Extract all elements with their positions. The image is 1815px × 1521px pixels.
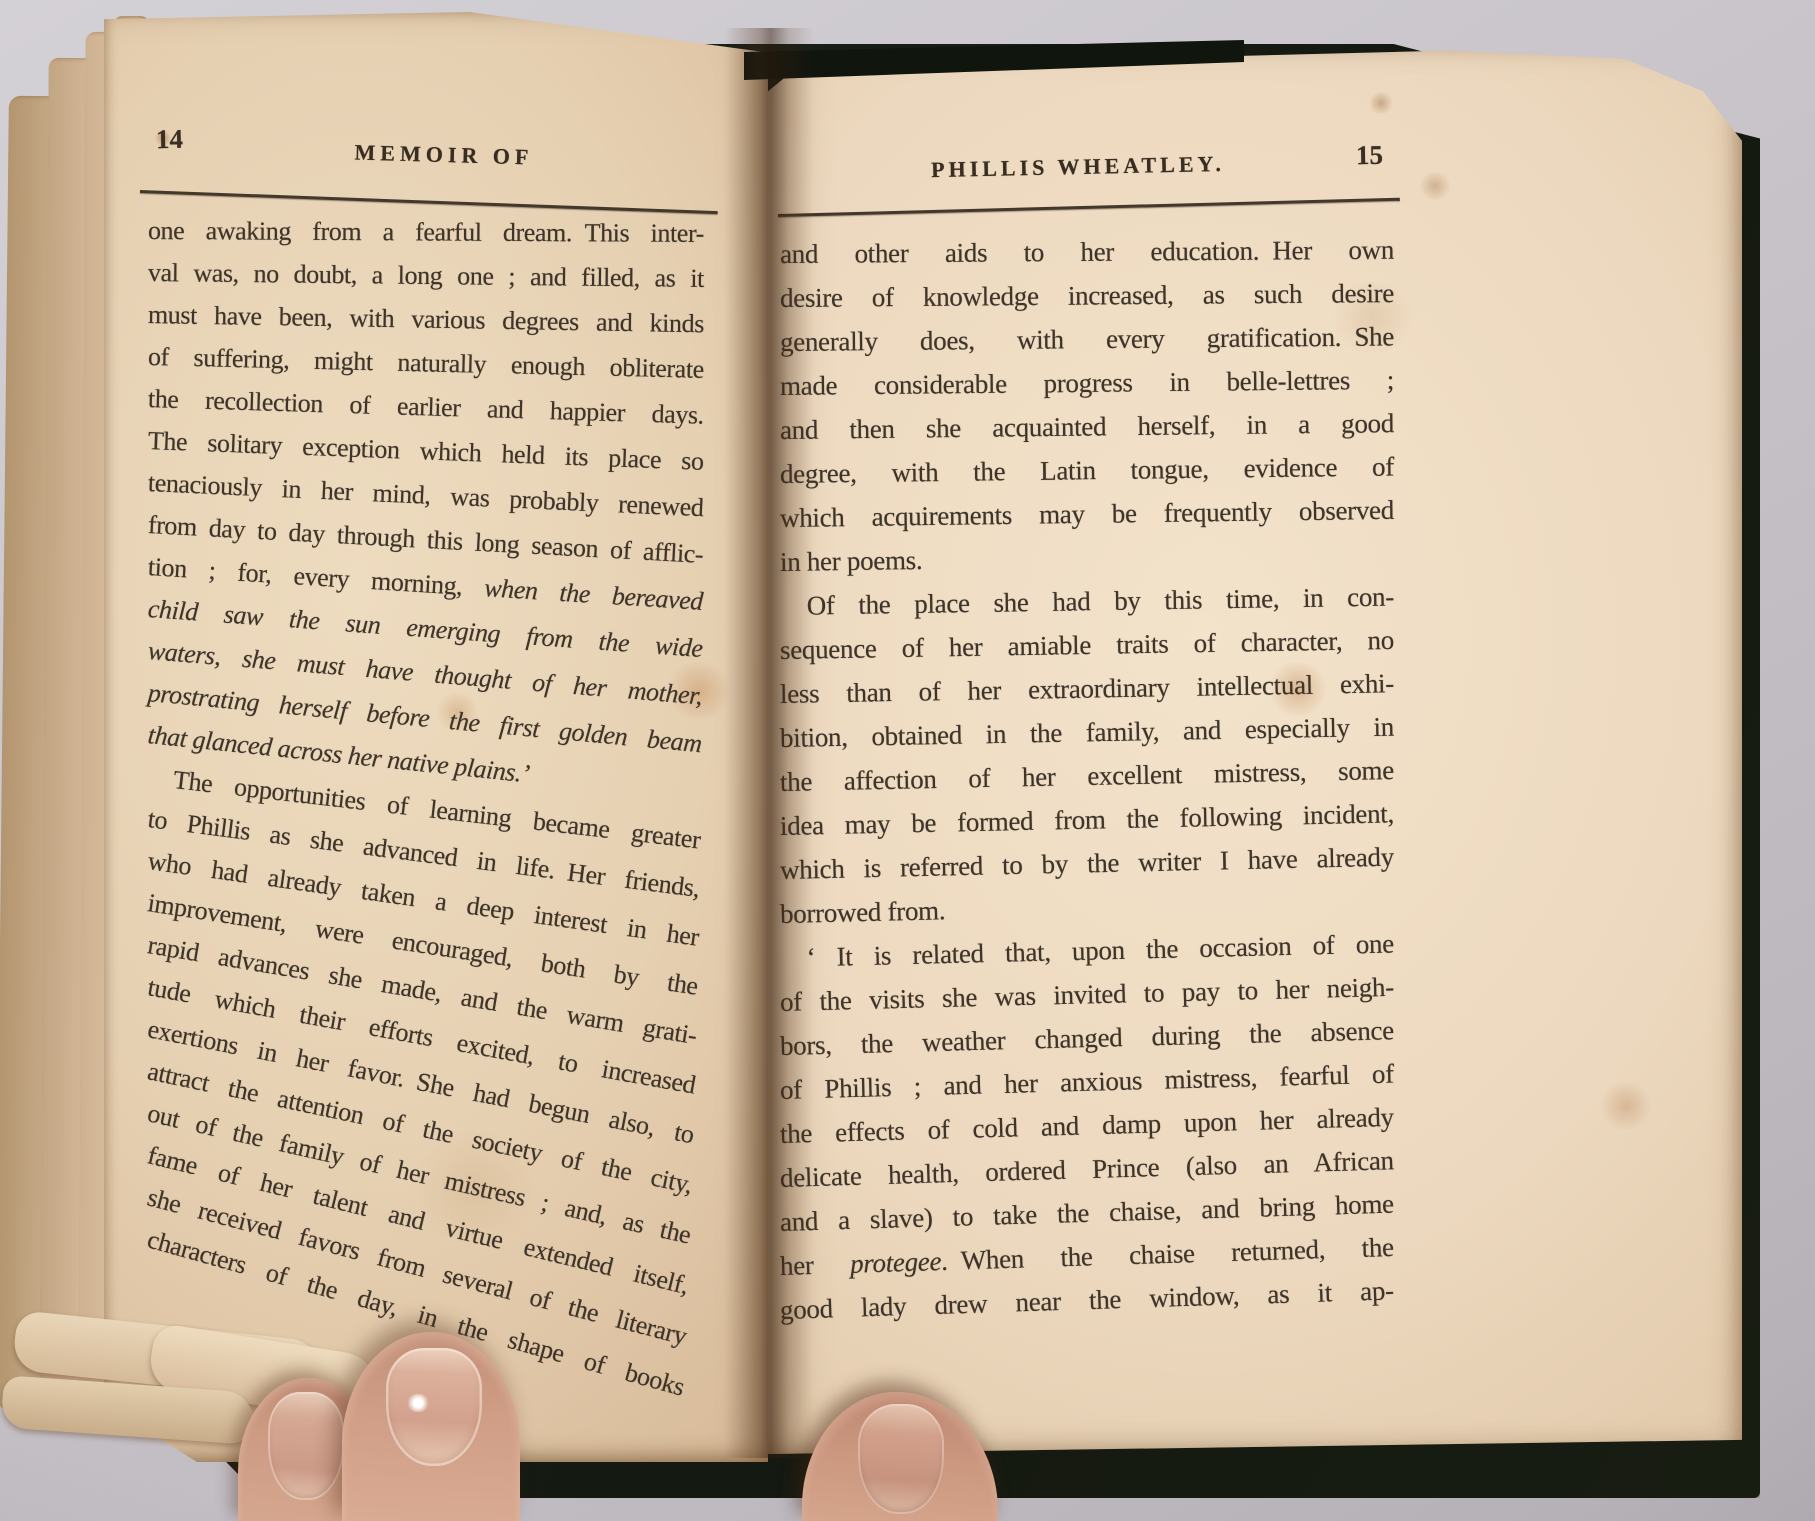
left-page: 14 MEMOIR OF one awaking from a fearful … <box>104 12 768 1462</box>
roman-text: val was, no doubt, a long one ; and fill… <box>148 258 704 293</box>
right-page-number: 15 <box>1356 140 1384 171</box>
text-line: val was, no doubt, a long one ; and fill… <box>148 252 704 300</box>
text-line: and then she acquainted herself, in a go… <box>780 401 1394 452</box>
roman-text: sequence of her amiable traits of charac… <box>780 625 1394 665</box>
roman-text: which is referred to by the writer I hav… <box>780 842 1395 885</box>
italic-text: when the bereaved <box>483 573 703 616</box>
foxing-stain <box>1418 172 1452 200</box>
text-line: and other aids to her education. Her own <box>780 228 1394 276</box>
fingernail <box>268 1392 344 1500</box>
roman-text: generally does, with every gratification… <box>780 321 1394 357</box>
nail-highlight <box>406 1394 430 1412</box>
roman-text: bition, obtained in the family, and espe… <box>780 712 1394 753</box>
right-header-rule <box>778 198 1400 217</box>
roman-text: borrowed from. <box>780 895 946 929</box>
roman-text: must have been, with various degrees and… <box>148 300 704 338</box>
left-text-column: one awaking from a fearful dream. This i… <box>148 210 704 1260</box>
fingernail <box>858 1404 944 1514</box>
text-line: desire of knowledge increased, as such d… <box>780 271 1394 320</box>
roman-text: in her poems. <box>780 545 923 577</box>
roman-text: the affection of her excellent mistress,… <box>780 755 1394 797</box>
roman-text: Of the place she had by this time, in co… <box>780 582 1394 621</box>
italic-text: protegee <box>850 1246 942 1279</box>
foxing-stain <box>1368 92 1394 114</box>
left-page-number: 14 <box>156 124 184 155</box>
right-text-column: and other aids to her education. Her own… <box>780 232 1394 1332</box>
roman-text: desire of knowledge increased, as such d… <box>780 278 1394 313</box>
text-line: made considerable progress in belle-lett… <box>780 358 1394 408</box>
roman-text: made considerable progress in belle-lett… <box>780 365 1394 401</box>
roman-text: which acquirements may be frequently obs… <box>780 495 1394 533</box>
open-book-photo: 14 MEMOIR OF one awaking from a fearful … <box>0 0 1815 1521</box>
roman-text: idea may be formed from the following in… <box>780 798 1394 841</box>
right-running-header: PHILLIS WHEATLEY. <box>868 150 1288 185</box>
text-line: one awaking from a fearful dream. This i… <box>148 210 704 255</box>
fingernail <box>386 1348 482 1466</box>
roman-text: her <box>780 1249 851 1281</box>
right-page: PHILLIS WHEATLEY. 15 and other aids to h… <box>768 42 1742 1454</box>
left-running-header: MEMOIR OF <box>274 137 615 172</box>
roman-text: and other aids to her education. Her own <box>780 235 1394 269</box>
roman-text: one awaking from a fearful dream. This i… <box>148 216 704 248</box>
roman-text: and then she acquainted herself, in a go… <box>780 408 1394 445</box>
roman-text: . When the chaise returned, the <box>941 1232 1395 1276</box>
roman-text: less than of her extraordinary intellect… <box>780 668 1394 709</box>
text-line: generally does, with every gratification… <box>780 314 1394 364</box>
roman-text: degree, with the Latin tongue, evidence … <box>780 451 1394 488</box>
roman-text: of suffering, might naturally enough obl… <box>148 342 705 384</box>
foxing-stain <box>1598 1082 1654 1130</box>
